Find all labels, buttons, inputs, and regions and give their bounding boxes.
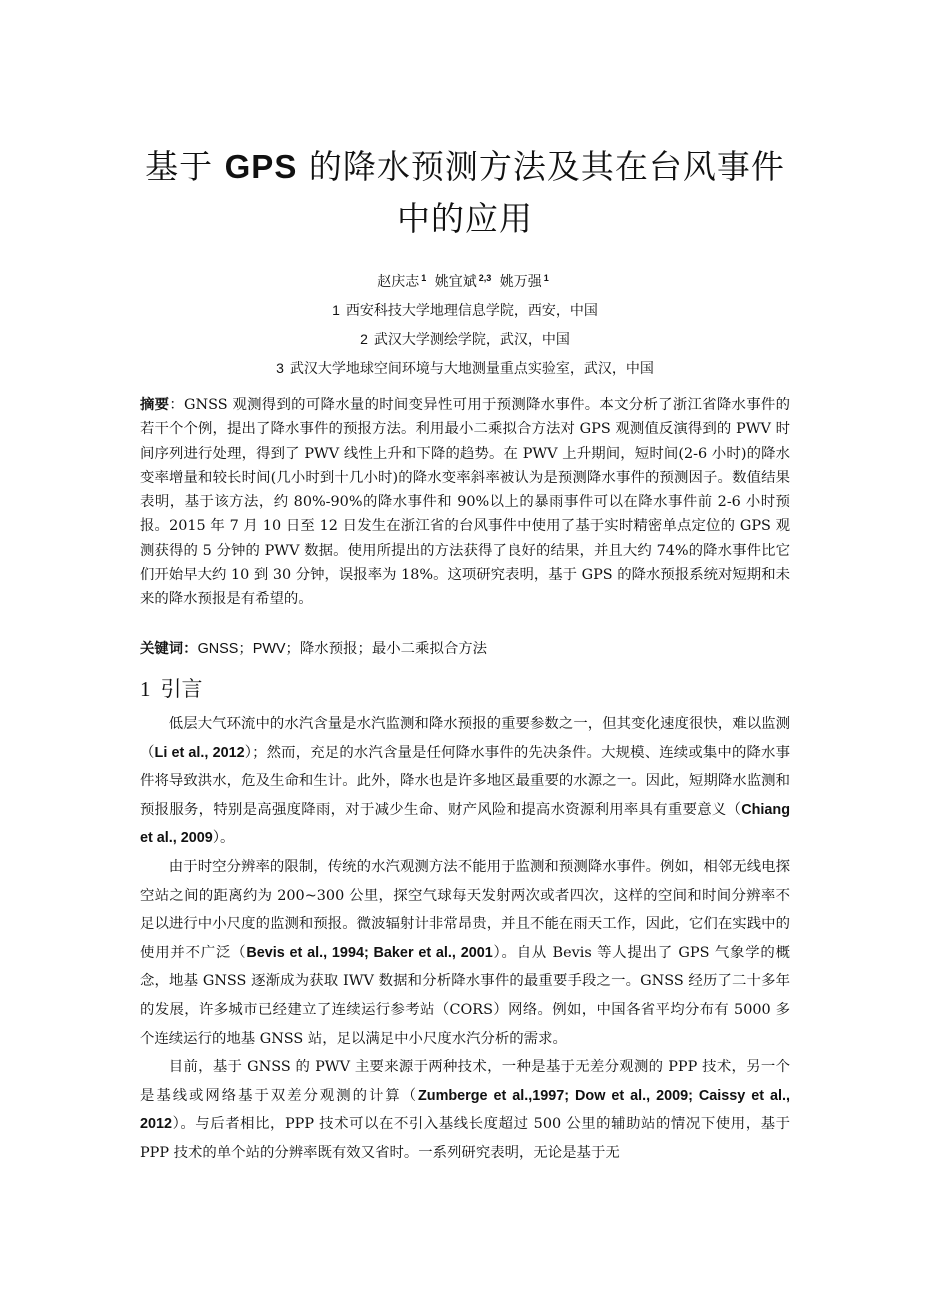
citation: Bevis et al., 1994; Baker et al., 2001 [246, 945, 492, 961]
author-name: 姚宜斌 [435, 274, 477, 290]
author-sup: 2,3 [479, 273, 492, 283]
author-name: 赵庆志 [377, 274, 419, 290]
affiliation-text: 西安科技大学地理信息学院，西安，中国 [346, 303, 598, 319]
keywords-text: GNSS；PWV；降水预报；最小二乘拟合方法 [198, 641, 487, 657]
abstract-text: ：GNSS 观测得到的可降水量的时间变异性可用于预测降水事件。本文分析了浙江省降… [140, 397, 790, 607]
paragraph-text: ）。 [213, 830, 235, 846]
author-list: 赵庆志1 姚宜斌2,3 姚万强1 [140, 264, 790, 296]
author-block: 赵庆志1 姚宜斌2,3 姚万强1 1西安科技大学地理信息学院，西安，中国 2武汉… [140, 264, 790, 383]
author-sup: 1 [544, 273, 549, 283]
paper-title: 基于 GPS 的降水预测方法及其在台风事件中的应用 [140, 141, 790, 245]
section-title: 引言 [161, 677, 203, 701]
paragraph: 由于时空分辨率的限制，传统的水汽观测方法不能用于监测和预测降水事件。例如，相邻无… [140, 853, 790, 1053]
citation: Li et al., 2012 [155, 745, 245, 761]
paragraph: 目前，基于 GNSS 的 PWV 主要来源于两种技术，一种是基于无差分观测的 P… [140, 1053, 790, 1167]
section-number: 1 [140, 677, 151, 701]
affiliation: 2武汉大学测绘学院，武汉，中国 [140, 325, 790, 354]
keywords: 关键词：GNSS；PWV；降水预报；最小二乘拟合方法 [140, 637, 790, 661]
affiliation-num: 2 [360, 331, 368, 347]
affiliation: 3武汉大学地球空间环境与大地测量重点实验室，武汉，中国 [140, 354, 790, 383]
keywords-label: 关键词： [140, 641, 198, 657]
body-text: 低层大气环流中的水汽含量是水汽监测和降水预报的重要参数之一，但其变化速度很快，难… [140, 710, 790, 1168]
title-text-2: 的降水预测方法及其在台风事件中的应用 [297, 147, 785, 238]
title-text-1: 基于 [145, 147, 225, 186]
affiliation-text: 武汉大学地球空间环境与大地测量重点实验室，武汉，中国 [290, 361, 654, 377]
abstract: 摘要：GNSS 观测得到的可降水量的时间变异性可用于预测降水事件。本文分析了浙江… [140, 393, 790, 612]
affiliation-num: 3 [276, 360, 284, 376]
author-name: 姚万强 [500, 274, 542, 290]
abstract-label: 摘要 [140, 397, 169, 413]
author-sup: 1 [421, 273, 426, 283]
paragraph-text: ）。与后者相比，PPP 技术可以在不引入基线长度超过 500 公里的辅助站的情况… [140, 1116, 790, 1161]
section-heading: 1引言 [140, 674, 203, 704]
paragraph: 低层大气环流中的水汽含量是水汽监测和降水预报的重要参数之一，但其变化速度很快，难… [140, 710, 790, 853]
title-text-bold: GPS [225, 148, 298, 185]
affiliation-text: 武汉大学测绘学院，武汉，中国 [374, 332, 570, 348]
affiliation-num: 1 [332, 302, 340, 318]
affiliation: 1西安科技大学地理信息学院，西安，中国 [140, 296, 790, 325]
